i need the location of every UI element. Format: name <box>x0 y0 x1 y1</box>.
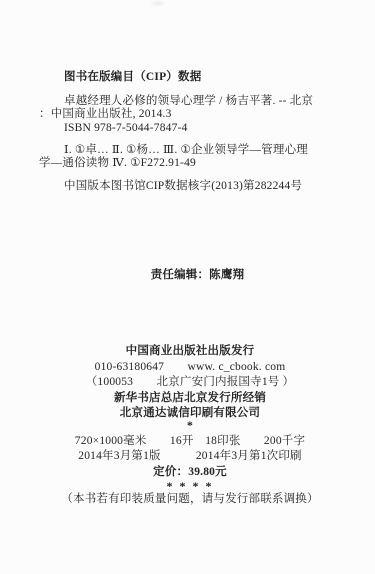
cip-title-line-2: ：中国商业出版社, 2014.3 <box>39 107 172 121</box>
distribution-line: 新华书店总店北京发行所经销 <box>0 391 375 405</box>
stars-separator: * * * * <box>0 479 375 493</box>
responsible-editor-line: 责任编辑：陈鹰翔 <box>0 268 375 282</box>
price-line: 定价：39.80元 <box>0 465 375 479</box>
cip-record-number-line: 中国版本图书馆CIP数据核字(2013)第282244号 <box>64 179 302 193</box>
cip-heading: 图书在版编目（CIP）数据 <box>64 70 201 84</box>
cip-title-line-1: 卓越经理人必修的领导心理学 / 杨吉平著. -- 北京 <box>64 94 313 108</box>
separator-star: * <box>0 418 375 432</box>
quality-notice-line: （本书若有印装质量问题，请与发行部联系调换） <box>0 492 375 506</box>
cip-classification-line-1: Ⅰ. ①卓… Ⅱ. ①杨… Ⅲ. ①企业领导学—管理心理 <box>64 143 308 157</box>
cip-isbn-line: ISBN 978-7-5044-7847-4 <box>64 121 188 135</box>
address-line: （100053 北京广安门内报国寺1号 ） <box>0 375 375 389</box>
edition-line: 2014年3月第1版 2014年3月第1次印刷 <box>0 449 375 463</box>
publisher-line: 中国商业出版社出版发行 <box>0 344 375 358</box>
format-line: 720×1000毫米 16开 18印张 200千字 <box>0 434 375 448</box>
cip-classification-line-2: 学—通俗读物 Ⅳ. ①F272.91-49 <box>39 156 196 170</box>
phone-website-line: 010-63180647 www. c_cbook. com <box>0 360 375 374</box>
scan-smudge <box>150 0 166 7</box>
copyright-page: 图书在版编目（CIP）数据 卓越经理人必修的领导心理学 / 杨吉平著. -- 北… <box>0 0 375 574</box>
